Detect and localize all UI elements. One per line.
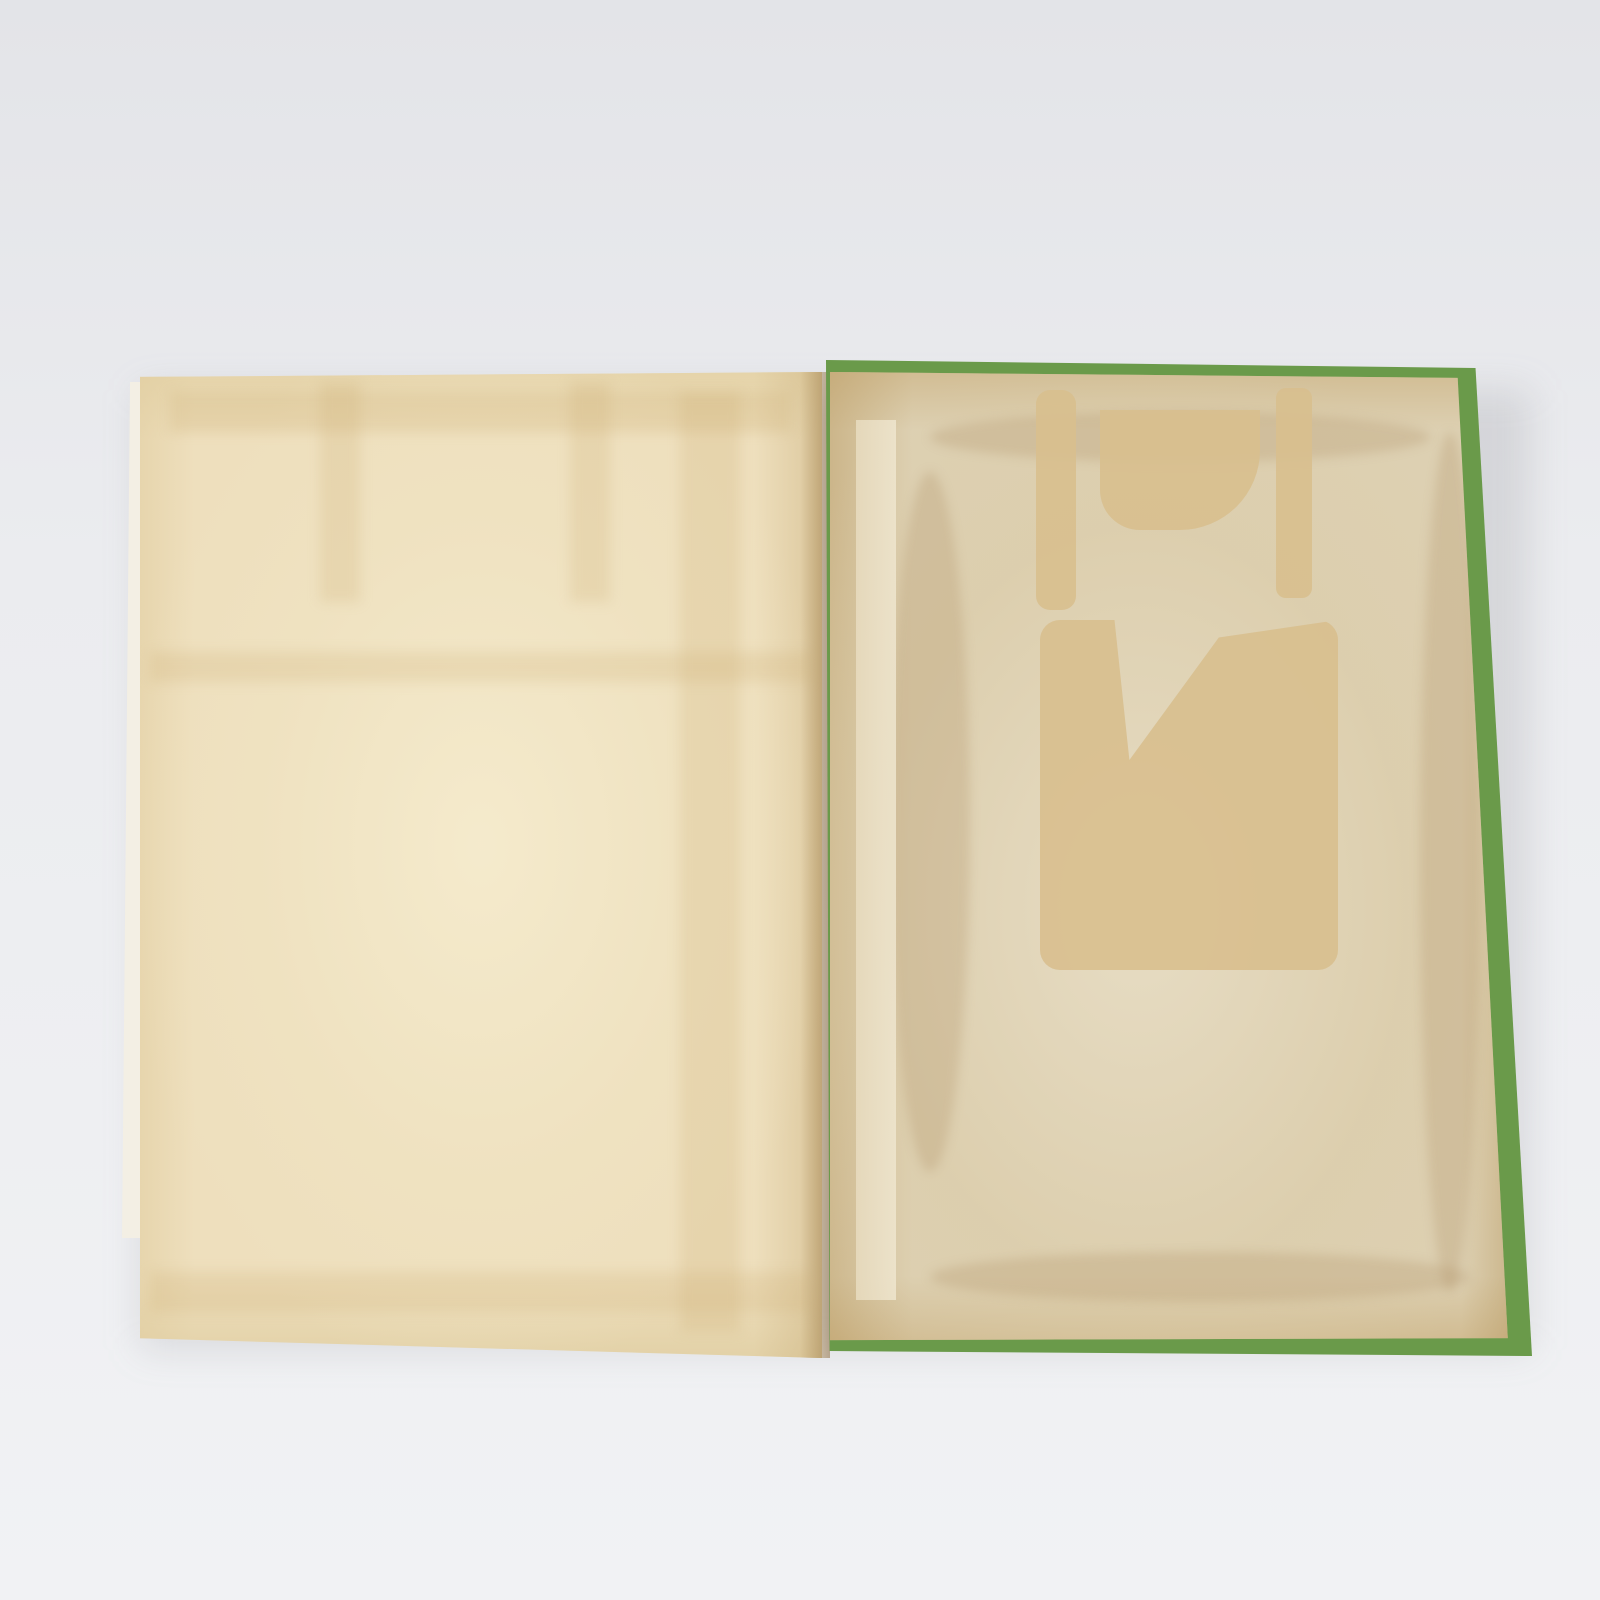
left-blank-page	[140, 372, 822, 1358]
page-block-edge	[122, 382, 142, 1238]
stain	[320, 382, 360, 602]
tape-residue	[1276, 388, 1312, 598]
book-gutter	[800, 372, 830, 1358]
foxing	[890, 472, 970, 1172]
hinge-strip	[856, 420, 896, 1300]
foxing	[930, 1252, 1470, 1302]
tape-residue	[1036, 390, 1076, 610]
stain	[570, 382, 610, 602]
photo-background	[0, 0, 1600, 1600]
stain	[680, 392, 740, 1332]
